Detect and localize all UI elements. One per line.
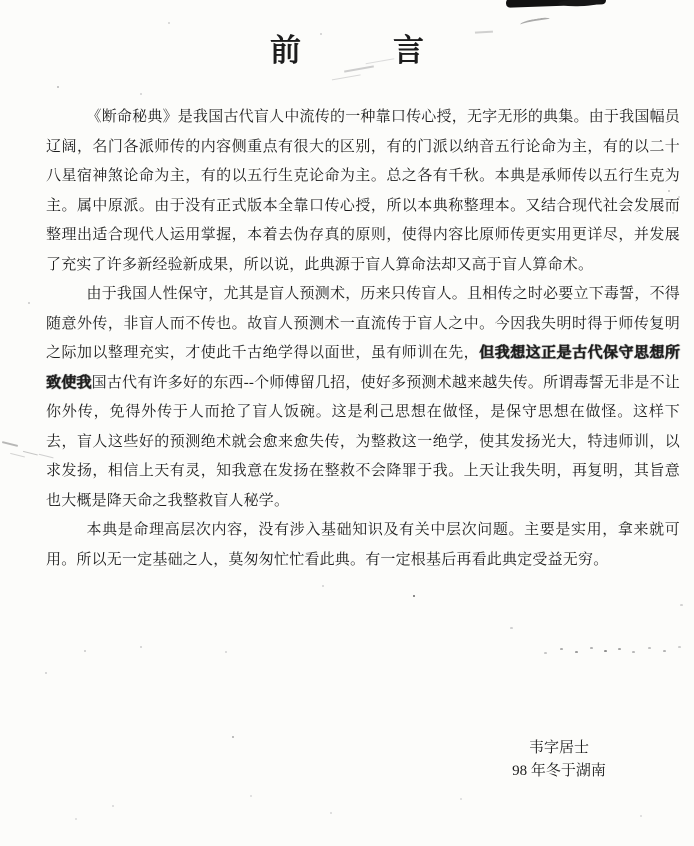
body-text-segment: 国古代有许多好的东西--个师傅留几招，使好多预测术越来越失传。所谓毒誓无非是不让…: [46, 375, 680, 509]
signature-block: 韦字居士 98 年冬于湖南: [459, 737, 659, 783]
paragraph: 由于我国人性保守，尤其是盲人预测术，历来只传盲人。且相传之时必要立下毒誓，不得随…: [46, 280, 680, 516]
body-text-segment: 《断命秘典》是我国古代盲人中流传的一种靠口传心授，无字无形的典集。由于我国幅员辽…: [46, 109, 680, 273]
paragraph: 《断命秘典》是我国古代盲人中流传的一种靠口传心授，无字无形的典集。由于我国幅员辽…: [46, 103, 680, 280]
page-title: 前言: [0, 34, 694, 67]
body-text-segment: 本典是命理高层次内容，没有涉入基础知识及有关中层次问题。主要是实用，拿来就可用。…: [46, 522, 680, 568]
scanned-preface-page: 前言 《断命秘典》是我国古代盲人中流传的一种靠口传心授，无字无形的典集。由于我国…: [0, 0, 694, 846]
preface-body: 《断命秘典》是我国古代盲人中流传的一种靠口传心授，无字无形的典集。由于我国幅员辽…: [46, 103, 680, 575]
scan-artifact-edge-marks: [2, 441, 18, 447]
scan-artifact-bar: [506, 0, 606, 8]
signature-date-place: 98 年冬于湖南: [459, 760, 659, 783]
paragraph: 本典是命理高层次内容，没有涉入基础知识及有关中层次问题。主要是实用，拿来就可用。…: [46, 516, 680, 575]
signature-author: 韦字居士: [459, 737, 659, 760]
title-char-qian: 前: [270, 33, 301, 68]
scan-noise-streak: [0, 0, 3, 2]
title-char-yan: 言: [393, 33, 424, 68]
scan-artifact-squiggle: [520, 17, 551, 28]
